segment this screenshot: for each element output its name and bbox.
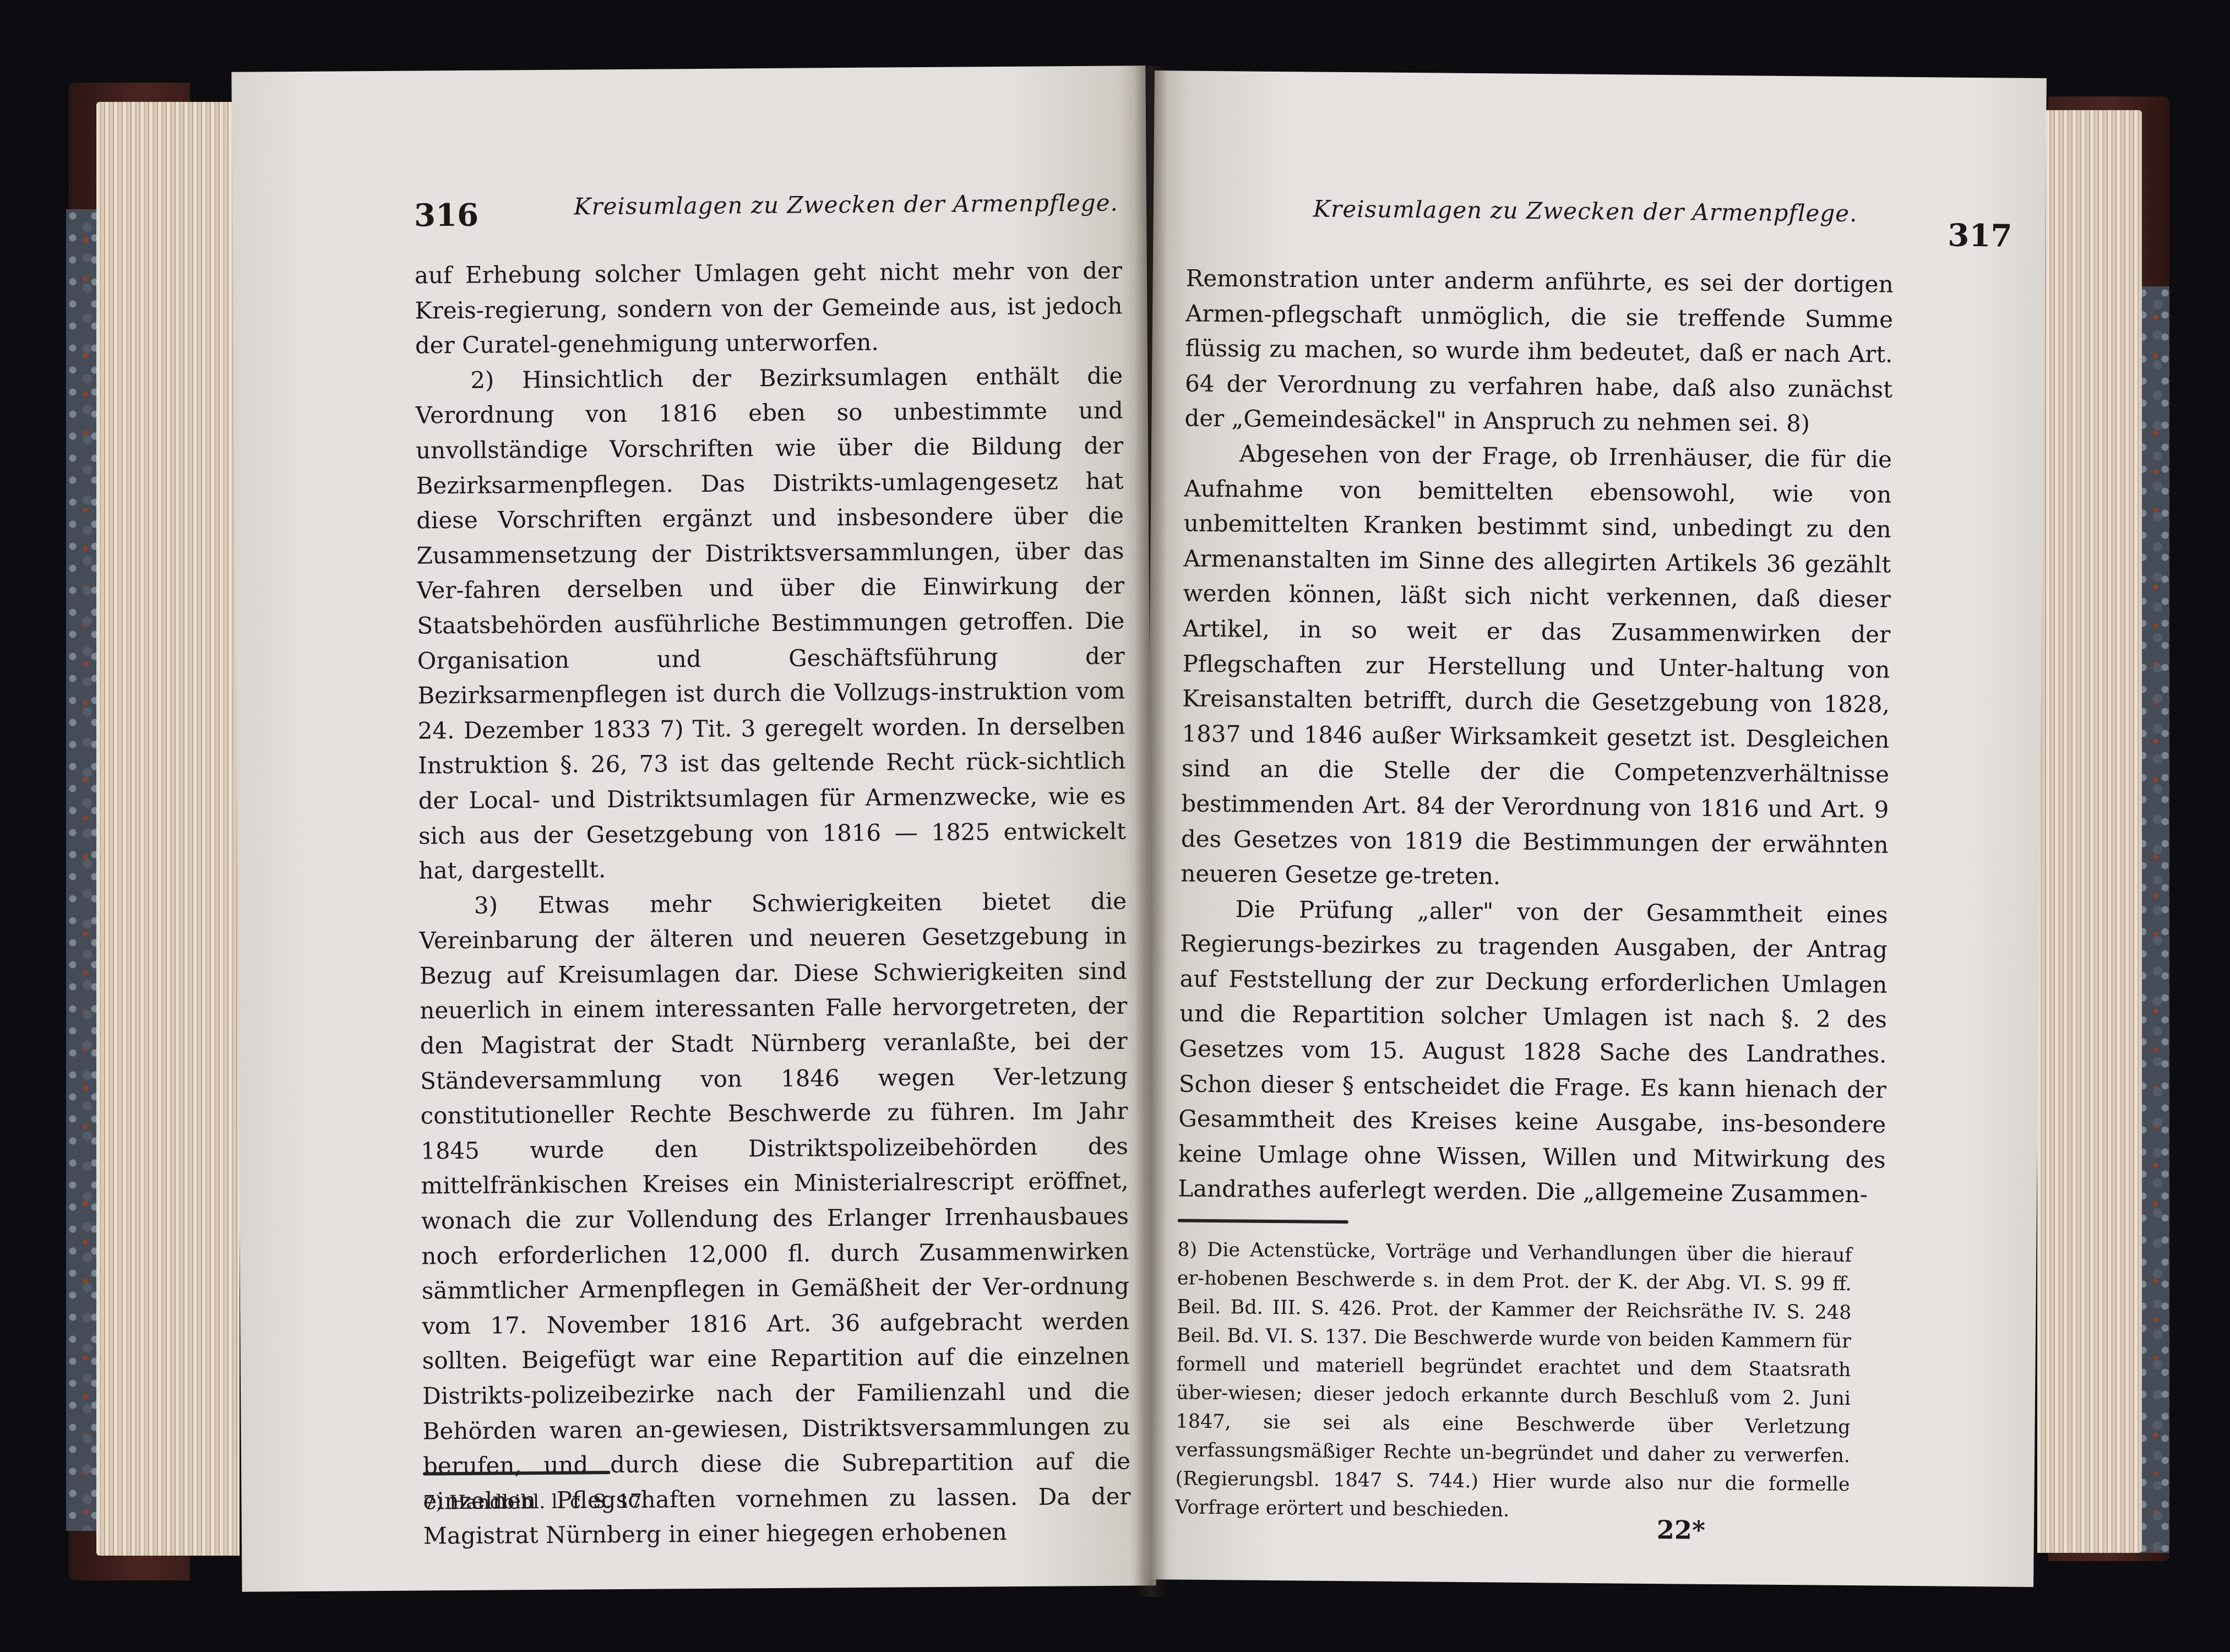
running-head: Kreisumlagen zu Zwecken der Armenpflege. [574,189,1118,220]
footnote-rule [1178,1219,1348,1224]
right-page: Kreisumlagen zu Zwecken der Armenpflege.… [1141,70,2047,1587]
paragraph: 3) Etwas mehr Schwierigkeiten bietet die… [419,883,1131,1553]
paragraph: Remonstration unter anderm anführte, es … [1184,260,1894,442]
running-head: Kreisumlagen zu Zwecken der Armenpflege. [1313,195,1858,227]
page-number: 316 [414,197,478,234]
right-page-body: Remonstration unter anderm anführte, es … [1178,260,1894,1212]
paragraph: 2) Hinsichtlich der Bezirksumlagen enthä… [415,358,1127,888]
book-gutter [1134,66,1167,1597]
footnote: 8) Die Actenstücke, Vorträge und Verhand… [1175,1235,1852,1528]
left-page-header: 316 Kreisumlagen zu Zwecken der Armenpfl… [232,181,1147,237]
page-edges-left [96,102,240,1556]
paragraph: Abgesehen von der Frage, ob Irrenhäuser,… [1181,436,1892,897]
page-edges-right [2037,110,2142,1553]
right-page-header: Kreisumlagen zu Zwecken der Armenpflege.… [1153,186,2046,243]
left-page: 316 Kreisumlagen zu Zwecken der Armenpfl… [231,66,1156,1592]
footnote: 7) Handbibl. l. c. S. 17. [423,1483,1130,1517]
paragraph: Die Prüfung „aller" von der Gesammtheit … [1178,891,1888,1213]
page-number: 317 [1948,218,2012,254]
left-page-body: auf Erhebung solcher Umlagen geht nicht … [415,253,1131,1554]
paragraph: auf Erhebung solcher Umlagen geht nicht … [415,253,1123,363]
marbled-board-left [66,209,99,1531]
signature-mark: 22* [1657,1515,1706,1545]
